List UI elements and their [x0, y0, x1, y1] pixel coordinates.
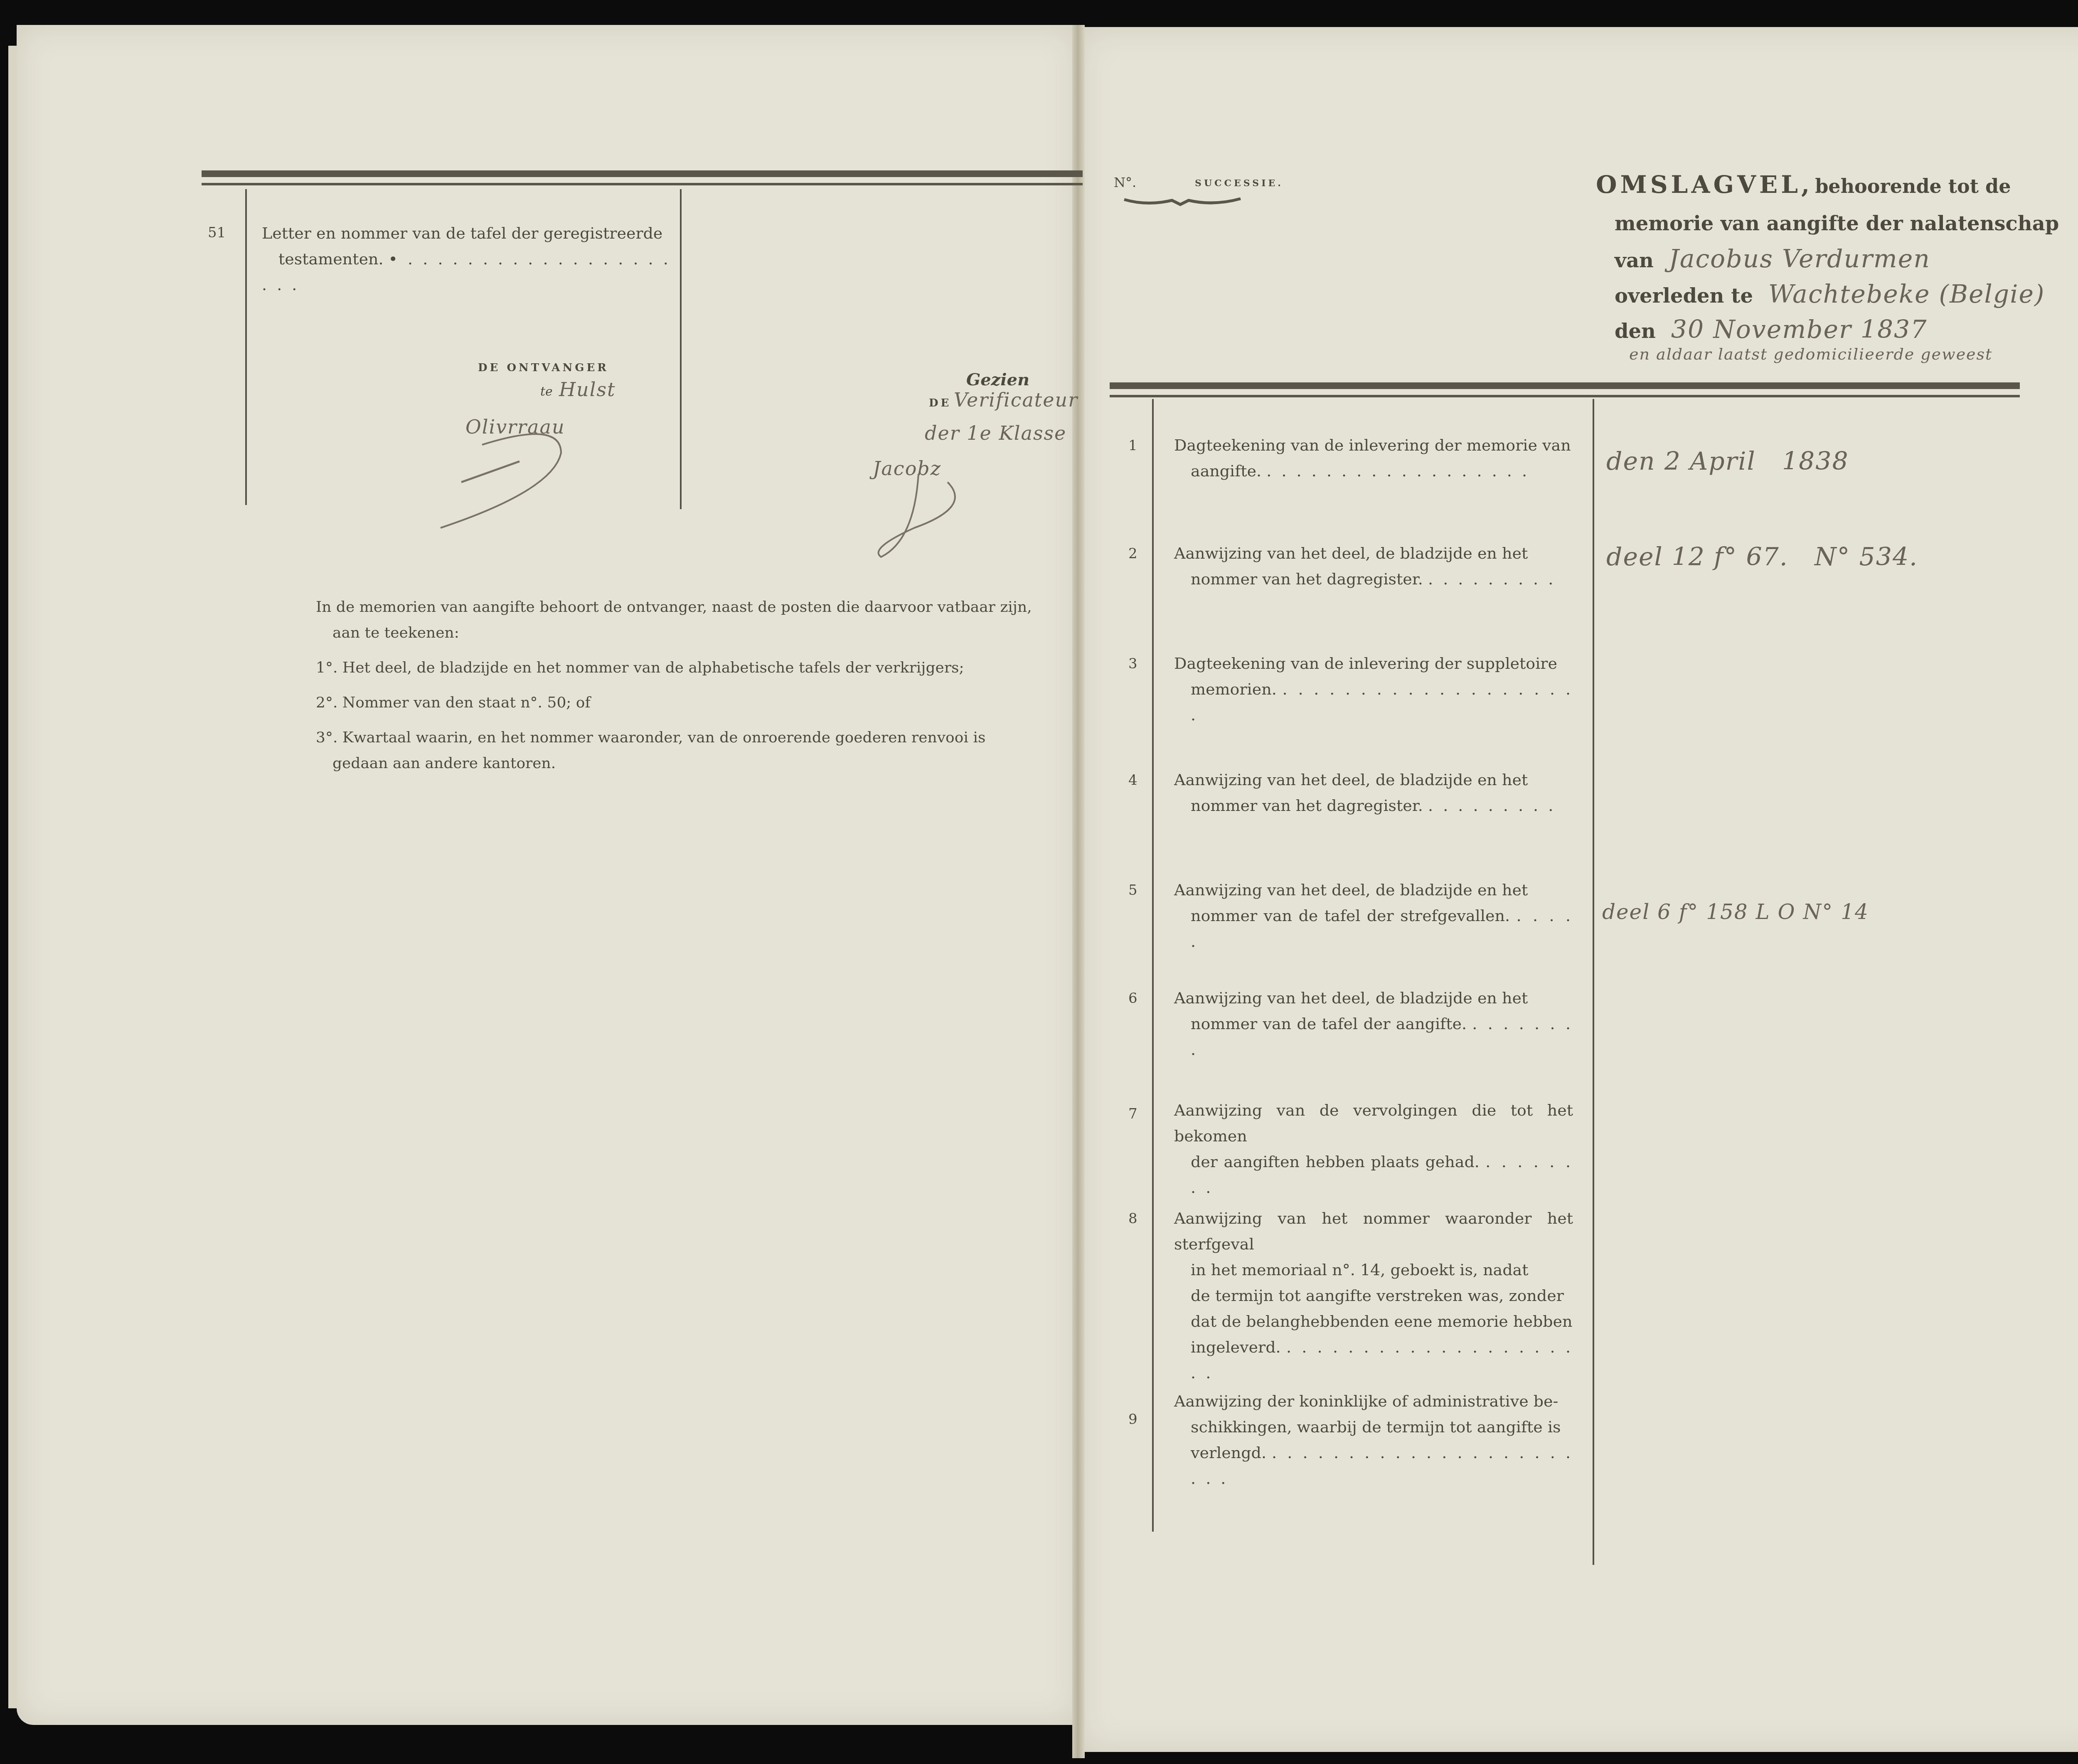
left-table-border — [245, 189, 247, 505]
date-of-death-line: den 30 November 1837 — [1615, 312, 1927, 349]
no-label: N°. — [1114, 175, 1136, 190]
receiver-flourish — [436, 428, 652, 536]
deceased-line: van Jacobus Verdurmen — [1615, 241, 1930, 278]
deceased-name: Jacobus Verdurmen — [1661, 244, 1930, 273]
verificateur-role: Verificateur — [954, 389, 1078, 411]
place-of-death: Wachtebeke (Belgie) — [1760, 280, 2045, 309]
right-top-rule-thick — [1110, 382, 2020, 389]
right-top-rule-thin — [1110, 395, 2020, 397]
title-line-1: OMSLAGVEL, behoorende tot de — [1596, 170, 2011, 199]
instructions-intro: In de memorien van aangifte behoort de o… — [316, 594, 1081, 620]
receiver-place: Hulst — [559, 378, 616, 401]
verificateur-flourish — [864, 466, 1064, 565]
successie-label: SUCCESSIE. — [1195, 178, 1283, 189]
left-top-rule-thin — [202, 183, 1083, 185]
instructions-intro-cont: aan te teekenen: — [316, 620, 1081, 646]
ornament-swash — [1122, 195, 1247, 208]
row-1-value: den 2 April 1838 — [1606, 447, 1849, 476]
title-line-2: memorie van aangifte der nalatenschap — [1615, 206, 2059, 241]
instruction-item-3: 3°. Kwartaal waarin, en het nommer waaro… — [316, 725, 1081, 776]
place-of-death-line: overleden te Wachtebeke (Belgie) — [1615, 276, 2045, 314]
date-of-death: 30 November 1837 — [1663, 315, 1928, 344]
verificateur-class: der 1e Klasse — [925, 422, 1066, 444]
right-table-border-left — [1152, 399, 1154, 1532]
verificateur-de-label: DE — [929, 397, 951, 409]
instruction-item-1: 1°. Het deel, de bladzijde en het nommer… — [316, 655, 1081, 681]
row-51-label: Letter en nommer van de tafel der geregi… — [262, 220, 677, 298]
receiver-title: DE ONTVANGER — [478, 362, 609, 374]
instruction-item-2: 2°. Nommer van den staat n°. 50; of — [316, 690, 1081, 716]
left-table-divider — [680, 189, 682, 509]
receiver-te-label: te — [540, 384, 553, 399]
right-table-divider — [1593, 399, 1594, 1565]
domicile-note: en aldaar laatst gedomicilieerde geweest — [1629, 345, 1992, 363]
row-5-value: deel 6 f° 158 L O N° 14 — [1602, 900, 1869, 924]
instructions-block: In de memorien van aangifte behoort de o… — [316, 594, 1081, 776]
book-gutter — [1072, 25, 1085, 1758]
row-51-number: 51 — [208, 224, 226, 241]
gezien-label: Gezien — [966, 370, 1029, 389]
left-top-rule-thick — [202, 170, 1083, 177]
row-2-value: deel 12 f° 67. N° 534. — [1606, 542, 1918, 572]
